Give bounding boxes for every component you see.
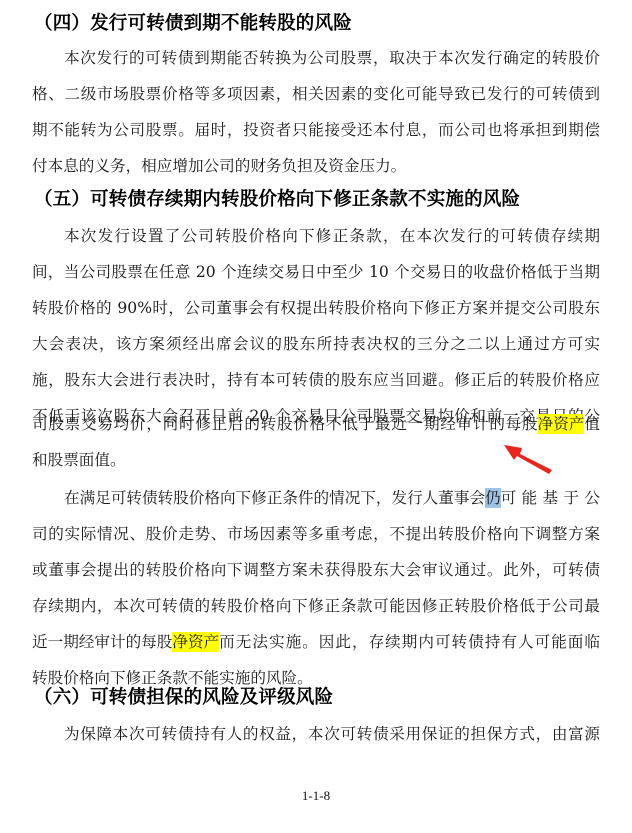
line-text: 司股票交易均价，同时修正后的转股价格不低于最近一期经审计的每股	[32, 414, 538, 434]
line-text: 近一期经审计的每股	[32, 632, 172, 652]
paragraph-line: 司的实际情况、股价走势、市场因素等多重考虑，不提出转股价格向下调整方案	[32, 524, 600, 544]
paragraph-line: 为保障本次可转债持有人的权益，本次可转债采用保证的担保方式，由富源	[64, 724, 600, 744]
paragraph-line: 本次发行设置了公司转股价格向下修正条款，在本次发行的可转债存续期	[64, 226, 600, 246]
highlighted-text: 净资产	[172, 632, 219, 652]
paragraph-line: 付本息的义务，相应增加公司的财务负担及资金压力。	[32, 156, 600, 176]
page-number: 1-1-8	[0, 788, 632, 804]
line-text-tail: 值	[584, 414, 600, 434]
paragraph-line-with-highlight: 司股票交易均价，同时修正后的转股价格不低于最近一期经审计的每股 净资产 值	[32, 414, 600, 434]
paragraph-line: 施，股东大会进行表决时，持有本可转债的股东应当回避。修正后的转股价格应	[32, 370, 600, 390]
section-heading-6: （六）可转债担保的风险及评级风险	[34, 683, 333, 709]
paragraph-line: 本次发行的可转债到期能否转换为公司股票，取决于本次发行确定的转股价	[64, 48, 600, 68]
section-heading-5: （五）可转债存续期内转股价格向下修正条款不实施的风险	[34, 185, 520, 211]
selected-text[interactable]: 仍	[485, 488, 501, 508]
paragraph-line: 或董事会提出的转股价格向下调整方案未获得股东大会审议通过。此外，可转债	[32, 560, 600, 580]
line-text: 可能基于公	[501, 488, 600, 508]
line-text: 在满足可转债转股价格向下修正条件的情况下，发行人董事会	[64, 488, 485, 508]
paragraph-line-with-selection: 在满足可转债转股价格向下修正条件的情况下，发行人董事会 仍 可能基于公	[64, 488, 600, 508]
paragraph-line: 大会表决，该方案须经出席会议的股东所持表决权的三分之二以上通过方可实	[32, 334, 600, 354]
paragraph-line: 期不能转为公司股票。届时，投资者只能接受还本付息，而公司也将承担到期偿	[32, 120, 600, 140]
paragraph-line: 格、二级市场股票价格等多项因素，相关因素的变化可能导致已发行的可转债到	[32, 84, 600, 104]
section-heading-4: （四）发行可转债到期不能转股的风险	[34, 9, 352, 35]
highlighted-text: 净资产	[538, 414, 585, 434]
paragraph-line: 间，当公司股票在任意 20 个连续交易日中至少 10 个交易日的收盘价格低于当期	[32, 262, 600, 282]
red-arrow-annotation-icon	[490, 432, 570, 482]
line-text-tail: 而无法实施。因此，存续期内可转债持有人可能面临	[219, 632, 600, 652]
paragraph-line: 转股价格的 90%时，公司董事会有权提出转股价格向下修正方案并提交公司股东	[32, 298, 600, 318]
paragraph-line: 存续期内，本次可转债的转股价格向下修正条款可能因修正转股价格低于公司最	[32, 596, 600, 616]
paragraph-line-with-highlight: 近一期经审计的每股 净资产 而无法实施。因此，存续期内可转债持有人可能面临	[32, 632, 600, 652]
